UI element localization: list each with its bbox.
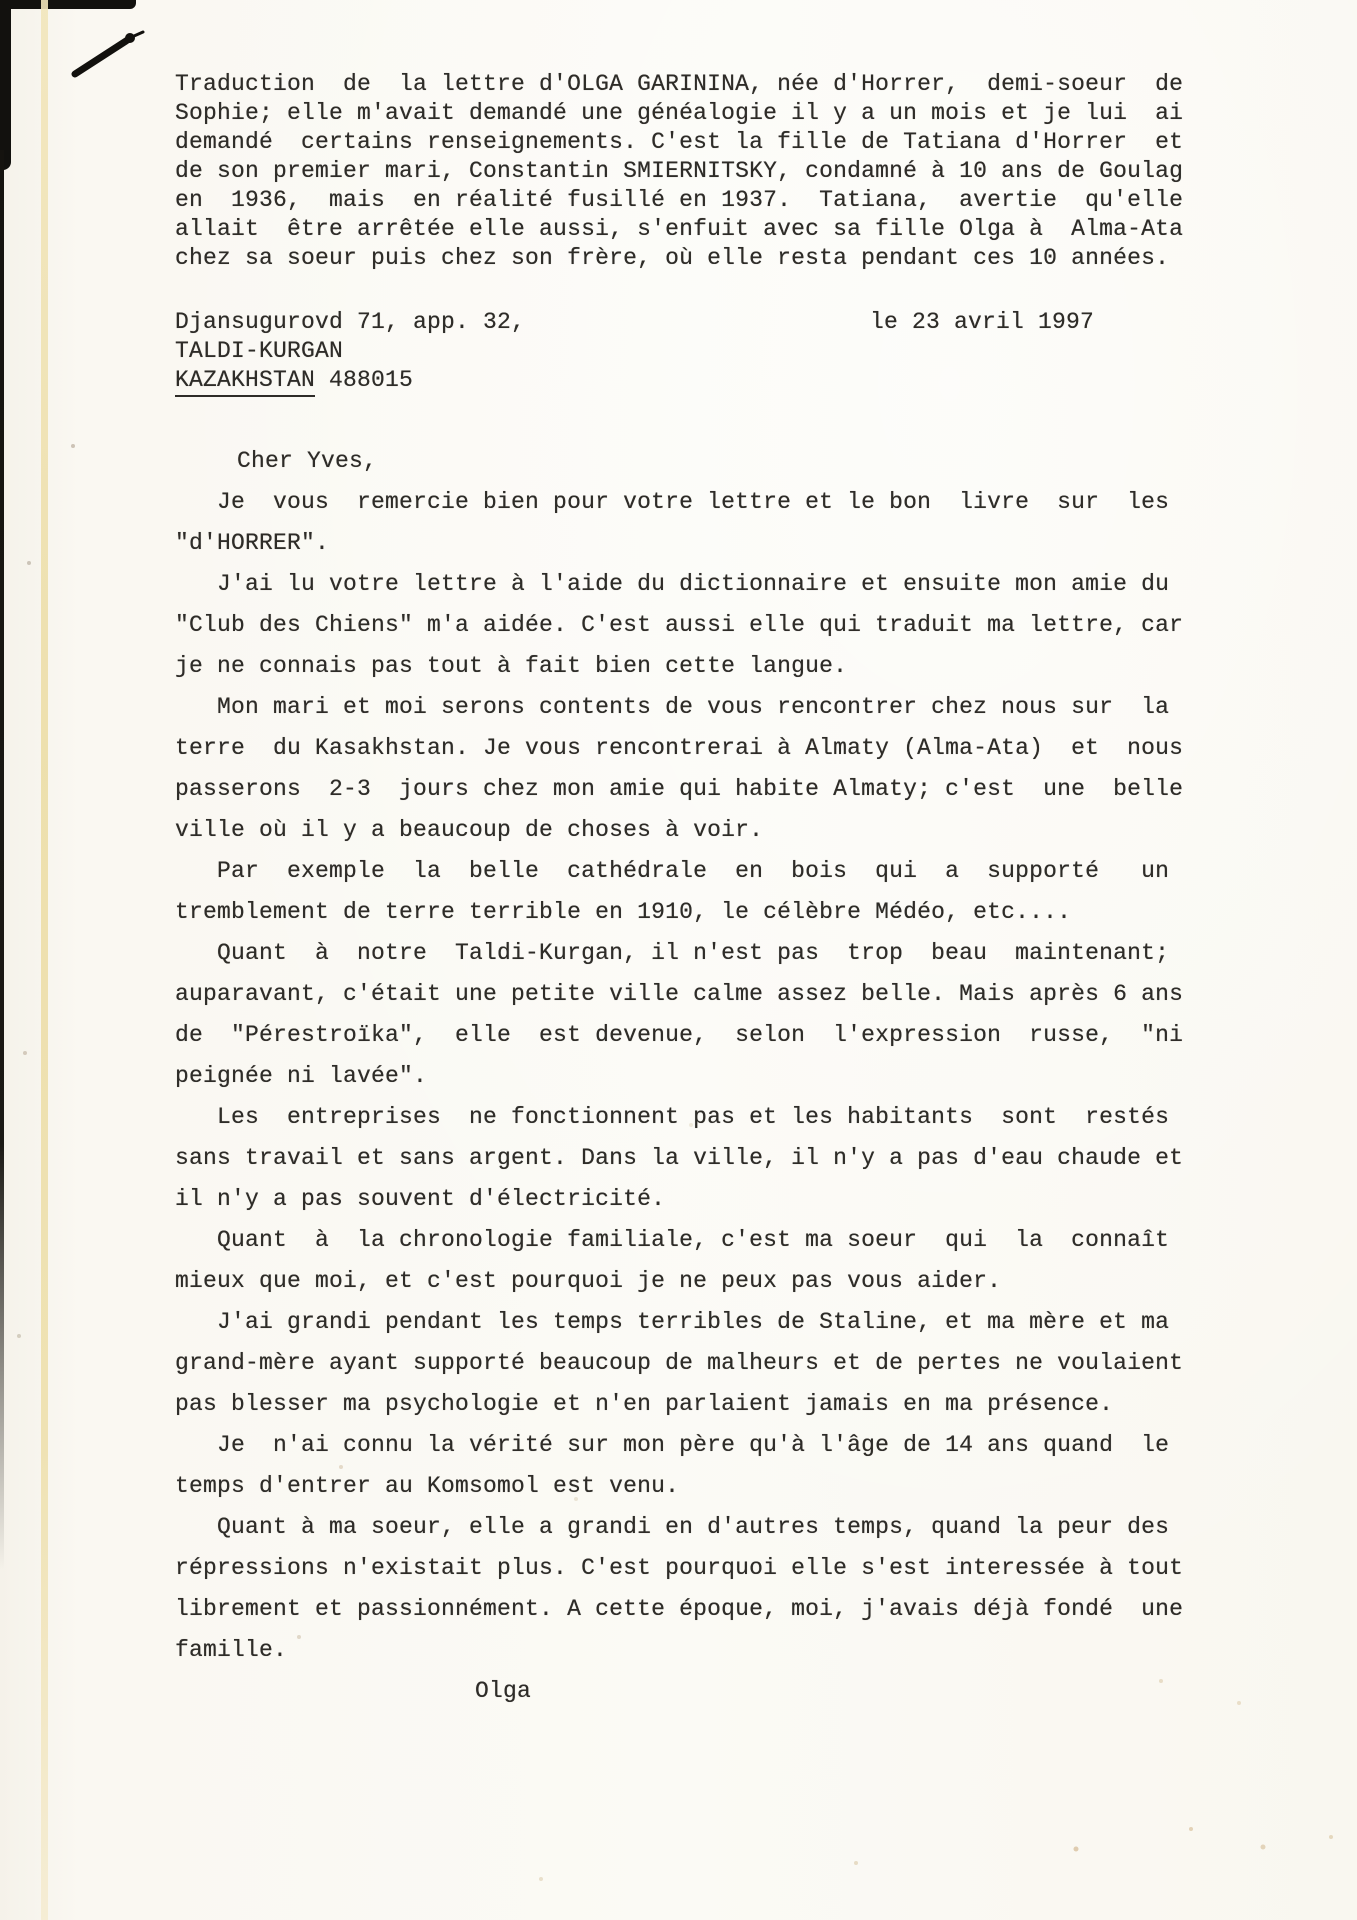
letter-date: le 23 avril 1997 [870, 308, 1094, 337]
intro-note: Traduction de la lettre d'OLGA GARININA,… [175, 70, 1183, 273]
text-line: J'ai lu votre lettre à l'aide du diction… [175, 564, 1183, 605]
text-line: en 1936, mais en réalité fusillé en 1937… [175, 186, 1183, 215]
text-line: je ne connais pas tout à fait bien cette… [175, 646, 1183, 687]
text-line: Sophie; elle m'avait demandé une généalo… [175, 99, 1183, 128]
salutation: Cher Yves, [175, 441, 1183, 482]
text-line: ville où il y a beaucoup de choses à voi… [175, 810, 1183, 851]
text-line: Je n'ai connu la vérité sur mon père qu'… [175, 1425, 1183, 1466]
text-line: Par exemple la belle cathédrale en bois … [175, 851, 1183, 892]
text-line: demandé certains renseignements. C'est l… [175, 128, 1183, 157]
text-line: il n'y a pas souvent d'électricité. [175, 1179, 1183, 1220]
text-line: tremblement de terre terrible en 1910, l… [175, 892, 1183, 933]
sender-address: Djansugurovd 71, app. 32, TALDI-KURGAN K… [175, 308, 525, 395]
text-line: de son premier mari, Constantin SMIERNIT… [175, 157, 1183, 186]
text-line: Mon mari et moi serons contents de vous … [175, 687, 1183, 728]
text-line: famille. [175, 1630, 1183, 1671]
text-line: pas blesser ma psychologie et n'en parla… [175, 1384, 1183, 1425]
text-line: Les entreprises ne fonctionnent pas et l… [175, 1097, 1183, 1138]
text-line: peignée ni lavée". [175, 1056, 1183, 1097]
address-street: Djansugurovd 71, app. 32, [175, 308, 525, 337]
text-line: librement et passionnément. A cette époq… [175, 1589, 1183, 1630]
text-line: sans travail et sans argent. Dans la vil… [175, 1138, 1183, 1179]
address-country-line: KAZAKHSTAN 488015 [175, 366, 525, 395]
text-line: Quant à notre Taldi-Kurgan, il n'est pas… [175, 933, 1183, 974]
signature: Olga [475, 1671, 1183, 1712]
letter-paragraph-lines: Je vous remercie bien pour votre lettre … [175, 482, 1183, 1671]
text-line: "d'HORRER". [175, 523, 1183, 564]
address-city: TALDI-KURGAN [175, 337, 525, 366]
text-line: "Club des Chiens" m'a aidée. C'est aussi… [175, 605, 1183, 646]
address-postcode: 488015 [315, 367, 413, 393]
scan-edge-left [0, 0, 11, 170]
letter-body: Cher Yves, Je vous remercie bien pour vo… [175, 441, 1183, 1712]
text-line: allait être arrêtée elle aussi, s'enfuit… [175, 215, 1183, 244]
address-country: KAZAKHSTAN [175, 367, 315, 397]
text-line: temps d'entrer au Komsomol est venu. [175, 1466, 1183, 1507]
text-line: Traduction de la lettre d'OLGA GARININA,… [175, 70, 1183, 99]
scan-edge-top [0, 0, 136, 9]
text-line: de "Pérestroïka", elle est devenue, selo… [175, 1015, 1183, 1056]
text-line: terre du Kasakhstan. Je vous rencontrera… [175, 728, 1183, 769]
page-fold-line [41, 0, 48, 1920]
text-line: Quant à la chronologie familiale, c'est … [175, 1220, 1183, 1261]
text-line: J'ai grandi pendant les temps terribles … [175, 1302, 1183, 1343]
text-line: grand-mère ayant supporté beaucoup de ma… [175, 1343, 1183, 1384]
text-line: répressions n'existait plus. C'est pourq… [175, 1548, 1183, 1589]
text-line: Quant à ma soeur, elle a grandi en d'aut… [175, 1507, 1183, 1548]
text-line: Je vous remercie bien pour votre lettre … [175, 482, 1183, 523]
text-line: chez sa soeur puis chez son frère, où el… [175, 244, 1183, 273]
handwritten-pen-stroke-icon [55, 20, 165, 90]
text-line: auparavant, c'était une petite ville cal… [175, 974, 1183, 1015]
text-line: passerons 2-3 jours chez mon amie qui ha… [175, 769, 1183, 810]
scanned-letter-page: Traduction de la lettre d'OLGA GARININA,… [0, 0, 1357, 1920]
text-line: mieux que moi, et c'est pourquoi je ne p… [175, 1261, 1183, 1302]
scan-edge-left-fade [0, 150, 4, 1570]
